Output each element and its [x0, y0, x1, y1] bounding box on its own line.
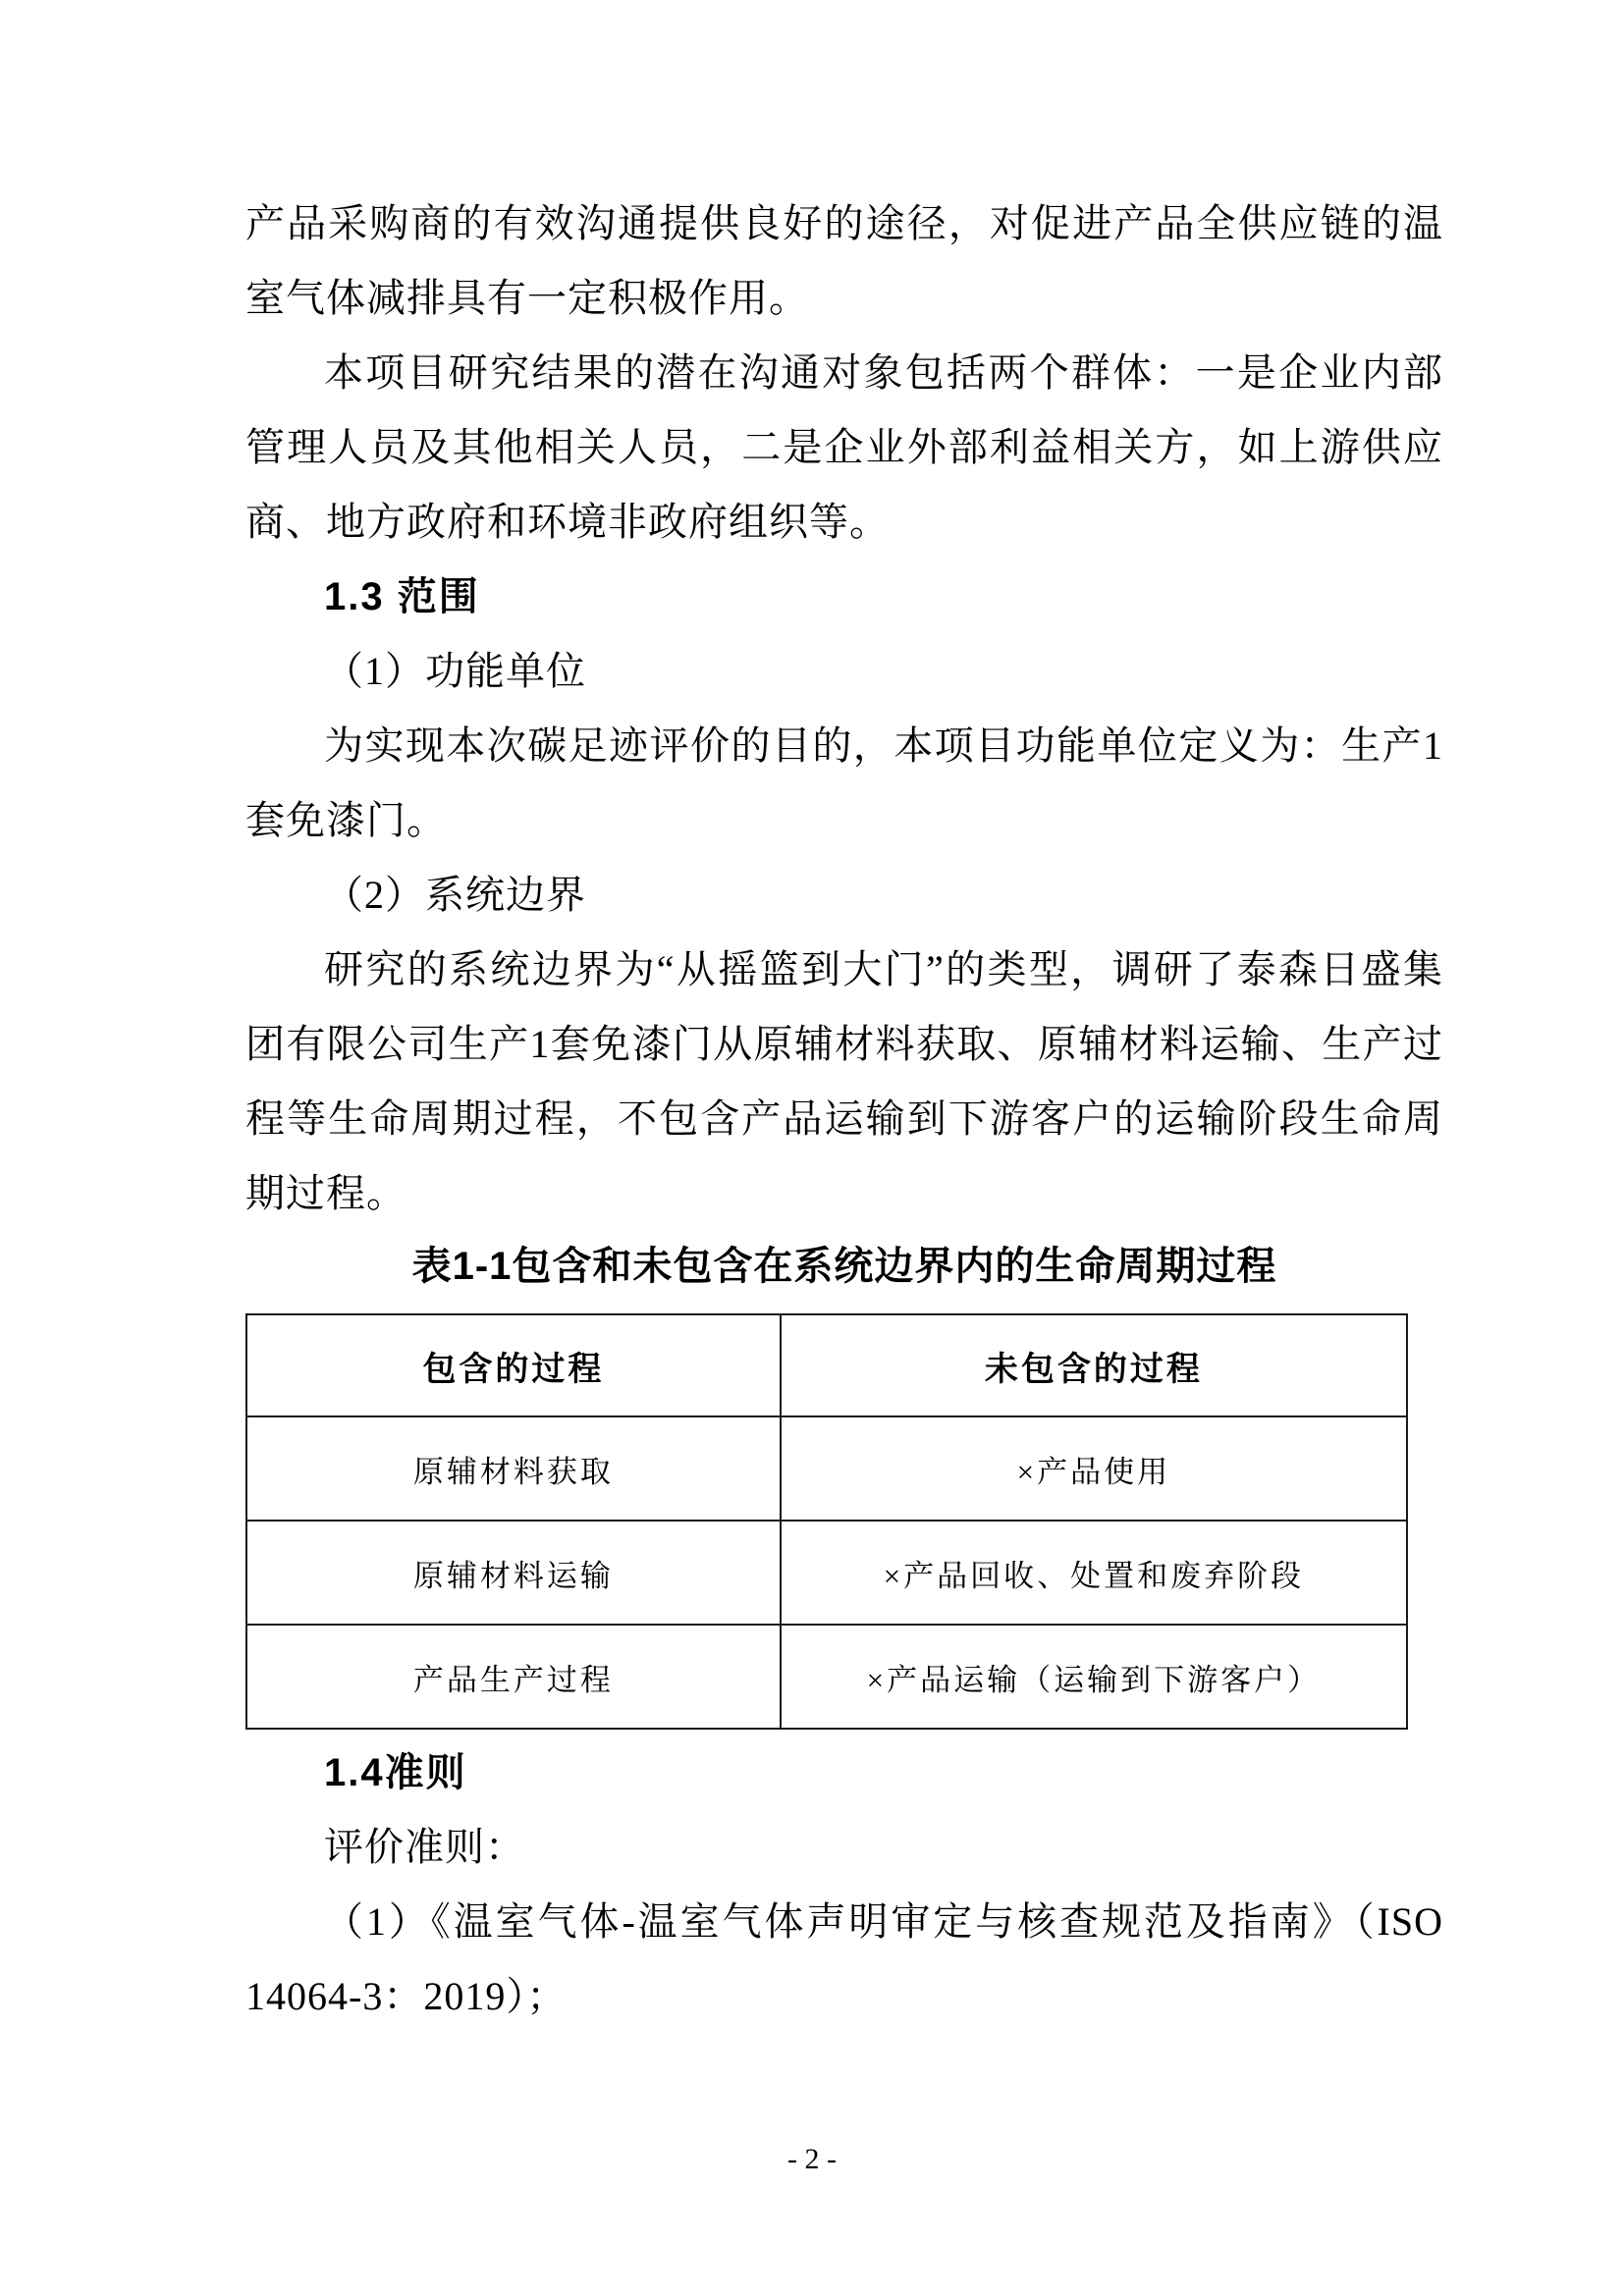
table-caption: 表1-1包含和未包含在系统边界内的生命周期过程	[245, 1231, 1443, 1302]
table-cell-included-process: 产品生产过程	[246, 1625, 781, 1729]
list-item-functional-unit: （1）功能单位	[245, 634, 1443, 709]
body-line: 室气体减排具有一定积极作用。	[245, 261, 1443, 336]
section-heading-1-3-scope: 1.3 范围	[245, 560, 1443, 634]
body-line: 14064-3：2019）；	[245, 1959, 1443, 2034]
table-row: 原辅材料获取 ×产品使用	[246, 1416, 1407, 1521]
body-line: （1）《温室气体-温室气体声明审定与核查规范及指南》（ISO	[245, 1885, 1443, 1959]
table-cell-included-process: 原辅材料获取	[246, 1416, 781, 1521]
table-cell-included-process: 原辅材料运输	[246, 1521, 781, 1625]
body-line: 为实现本次碳足迹评价的目的，本项目功能单位定义为：生产1	[245, 709, 1443, 783]
list-item-system-boundary: （2）系统边界	[245, 858, 1443, 933]
body-line: 程等生命周期过程，不包含产品运输到下游客户的运输阶段生命周	[245, 1082, 1443, 1156]
table-row: 原辅材料运输 ×产品回收、处置和废弃阶段	[246, 1521, 1407, 1625]
body-line: 本项目研究结果的潜在沟通对象包括两个群体：一是企业内部	[245, 336, 1443, 410]
system-boundary-table: 包含的过程 未包含的过程 原辅材料获取 ×产品使用 原辅材料运输 ×产品回收、处…	[245, 1313, 1408, 1730]
table-header-row: 包含的过程 未包含的过程	[246, 1314, 1407, 1416]
document-page: 产品采购商的有效沟通提供良好的途径，对促进产品全供应链的温 室气体减排具有一定积…	[0, 0, 1624, 2296]
body-line: 商、地方政府和环境非政府组织等。	[245, 485, 1443, 560]
table-header-excluded: 未包含的过程	[781, 1314, 1407, 1416]
table-cell-excluded-process: ×产品运输（运输到下游客户）	[781, 1625, 1407, 1729]
body-line: 期过程。	[245, 1156, 1443, 1231]
body-line: 评价准则：	[245, 1810, 1443, 1885]
page-number: - 2 -	[0, 2140, 1624, 2179]
table-header-included: 包含的过程	[246, 1314, 781, 1416]
body-line: 产品采购商的有效沟通提供良好的途径，对促进产品全供应链的温	[245, 187, 1443, 261]
body-line: 管理人员及其他相关人员，二是企业外部利益相关方，如上游供应	[245, 410, 1443, 485]
table-row: 产品生产过程 ×产品运输（运输到下游客户）	[246, 1625, 1407, 1729]
body-line: 团有限公司生产1套免漆门从原辅材料获取、原辅材料运输、生产过	[245, 1007, 1443, 1082]
page-content: 产品采购商的有效沟通提供良好的途径，对促进产品全供应链的温 室气体减排具有一定积…	[245, 187, 1443, 2034]
body-line: 套免漆门。	[245, 783, 1443, 858]
section-heading-1-4-criteria: 1.4准则	[245, 1735, 1443, 1810]
body-line: 研究的系统边界为“从摇篮到大门”的类型，调研了泰森日盛集	[245, 933, 1443, 1007]
table-cell-excluded-process: ×产品使用	[781, 1416, 1407, 1521]
table-cell-excluded-process: ×产品回收、处置和废弃阶段	[781, 1521, 1407, 1625]
